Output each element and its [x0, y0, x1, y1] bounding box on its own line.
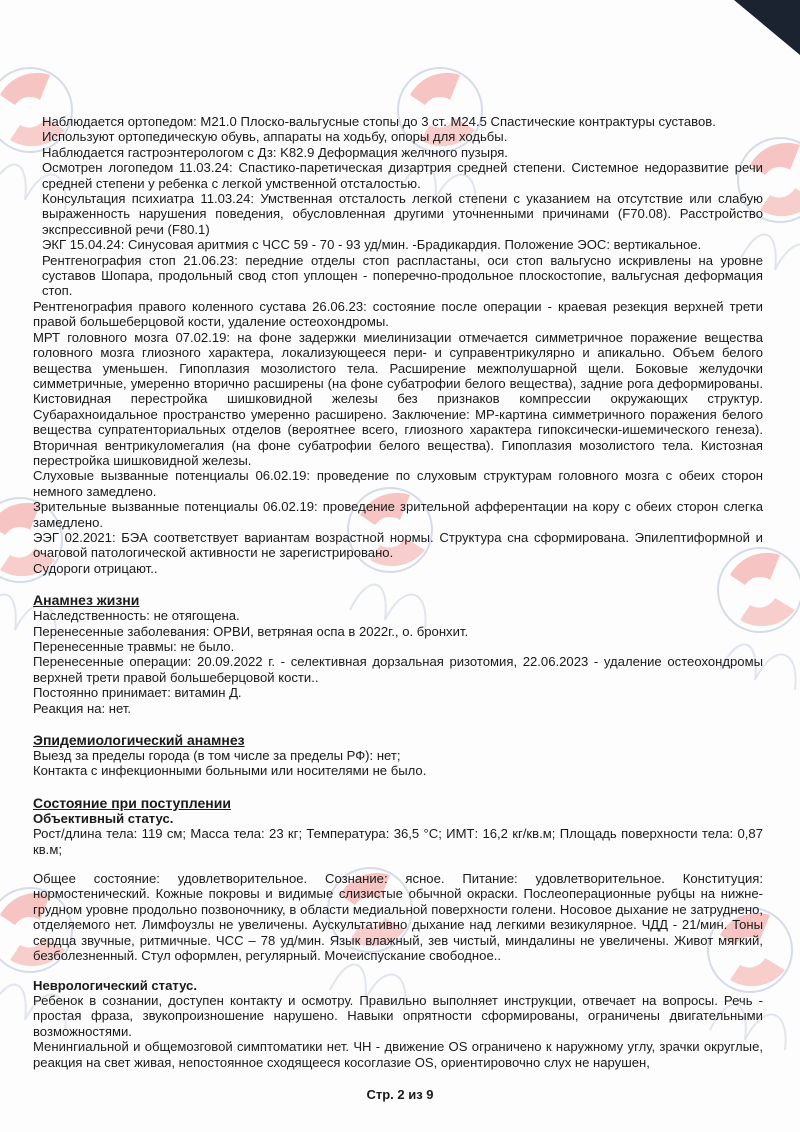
- paragraph: Используют ортопедическую обувь, аппарат…: [33, 129, 763, 144]
- scan-corner-shadow: [734, 0, 800, 55]
- paragraph: МРТ головного мозга 07.02.19: на фоне за…: [33, 330, 763, 469]
- subheading-neuro-status: Неврологический статус.: [33, 978, 763, 993]
- paragraph: Судороги отрицают..: [33, 561, 763, 576]
- paragraph: Наблюдается ортопедом: M21.0 Плоско-валь…: [33, 114, 763, 129]
- paragraph: Зрительные вызванные потенциалы 06.02.19…: [33, 499, 763, 530]
- paragraph: Рентгенография правого коленного сустава…: [33, 299, 763, 330]
- document-page: Наблюдается ортопедом: M21.0 Плоско-валь…: [33, 114, 763, 1070]
- paragraph: Наблюдается гастроэнтерологом с Дз: K82.…: [33, 145, 763, 160]
- section-heading-admission: Состояние при поступлении: [33, 795, 763, 811]
- paragraph: Консультация психиатра 11.03.24: Умствен…: [33, 191, 763, 237]
- paragraph: Менингиальной и общемозговой симптоматик…: [33, 1039, 763, 1070]
- paragraph-general-state: Общее состояние: удовлетворительное. Соз…: [33, 871, 763, 963]
- paragraph: ЭЭГ 02.2021: БЭА соответствует вариантам…: [33, 530, 763, 561]
- paragraph: Перенесенные травмы: не было.: [33, 639, 763, 654]
- paragraph-vitals: Рост/длина тела: 119 см; Масса тела: 23 …: [33, 826, 763, 857]
- paragraph: Перенесенные операции: 20.09.2022 г. - с…: [33, 654, 763, 685]
- paragraph: Осмотрен логопедом 11.03.24: Спастико-па…: [33, 160, 763, 191]
- section-heading-life-history: Анамнез жизни: [33, 592, 763, 608]
- paragraph: Ребенок в сознании, доступен контакту и …: [33, 993, 763, 1039]
- section-heading-epidemiology: Эпидемиологический анамнез: [33, 732, 763, 748]
- paragraph: Реакция на: нет.: [33, 701, 763, 716]
- paragraph: Постоянно принимает: витамин Д.: [33, 685, 763, 700]
- paragraph: Перенесенные заболевания: ОРВИ, ветряная…: [33, 624, 763, 639]
- paragraph: Контакта с инфекционными больными или но…: [33, 763, 763, 778]
- paragraph: ЭКГ 15.04.24: Синусовая аритмия с ЧСС 59…: [33, 237, 763, 252]
- paragraph: Слуховые вызванные потенциалы 06.02.19: …: [33, 468, 763, 499]
- paragraph: Наследственность: не отягощена.: [33, 608, 763, 623]
- paragraph: Выезд за пределы города (в том числе за …: [33, 748, 763, 763]
- subheading-objective-status: Объективный статус.: [33, 811, 763, 826]
- paragraph: Рентгенография стоп 21.06.23: передние о…: [33, 253, 763, 299]
- page-number: Стр. 2 из 9: [0, 1087, 800, 1102]
